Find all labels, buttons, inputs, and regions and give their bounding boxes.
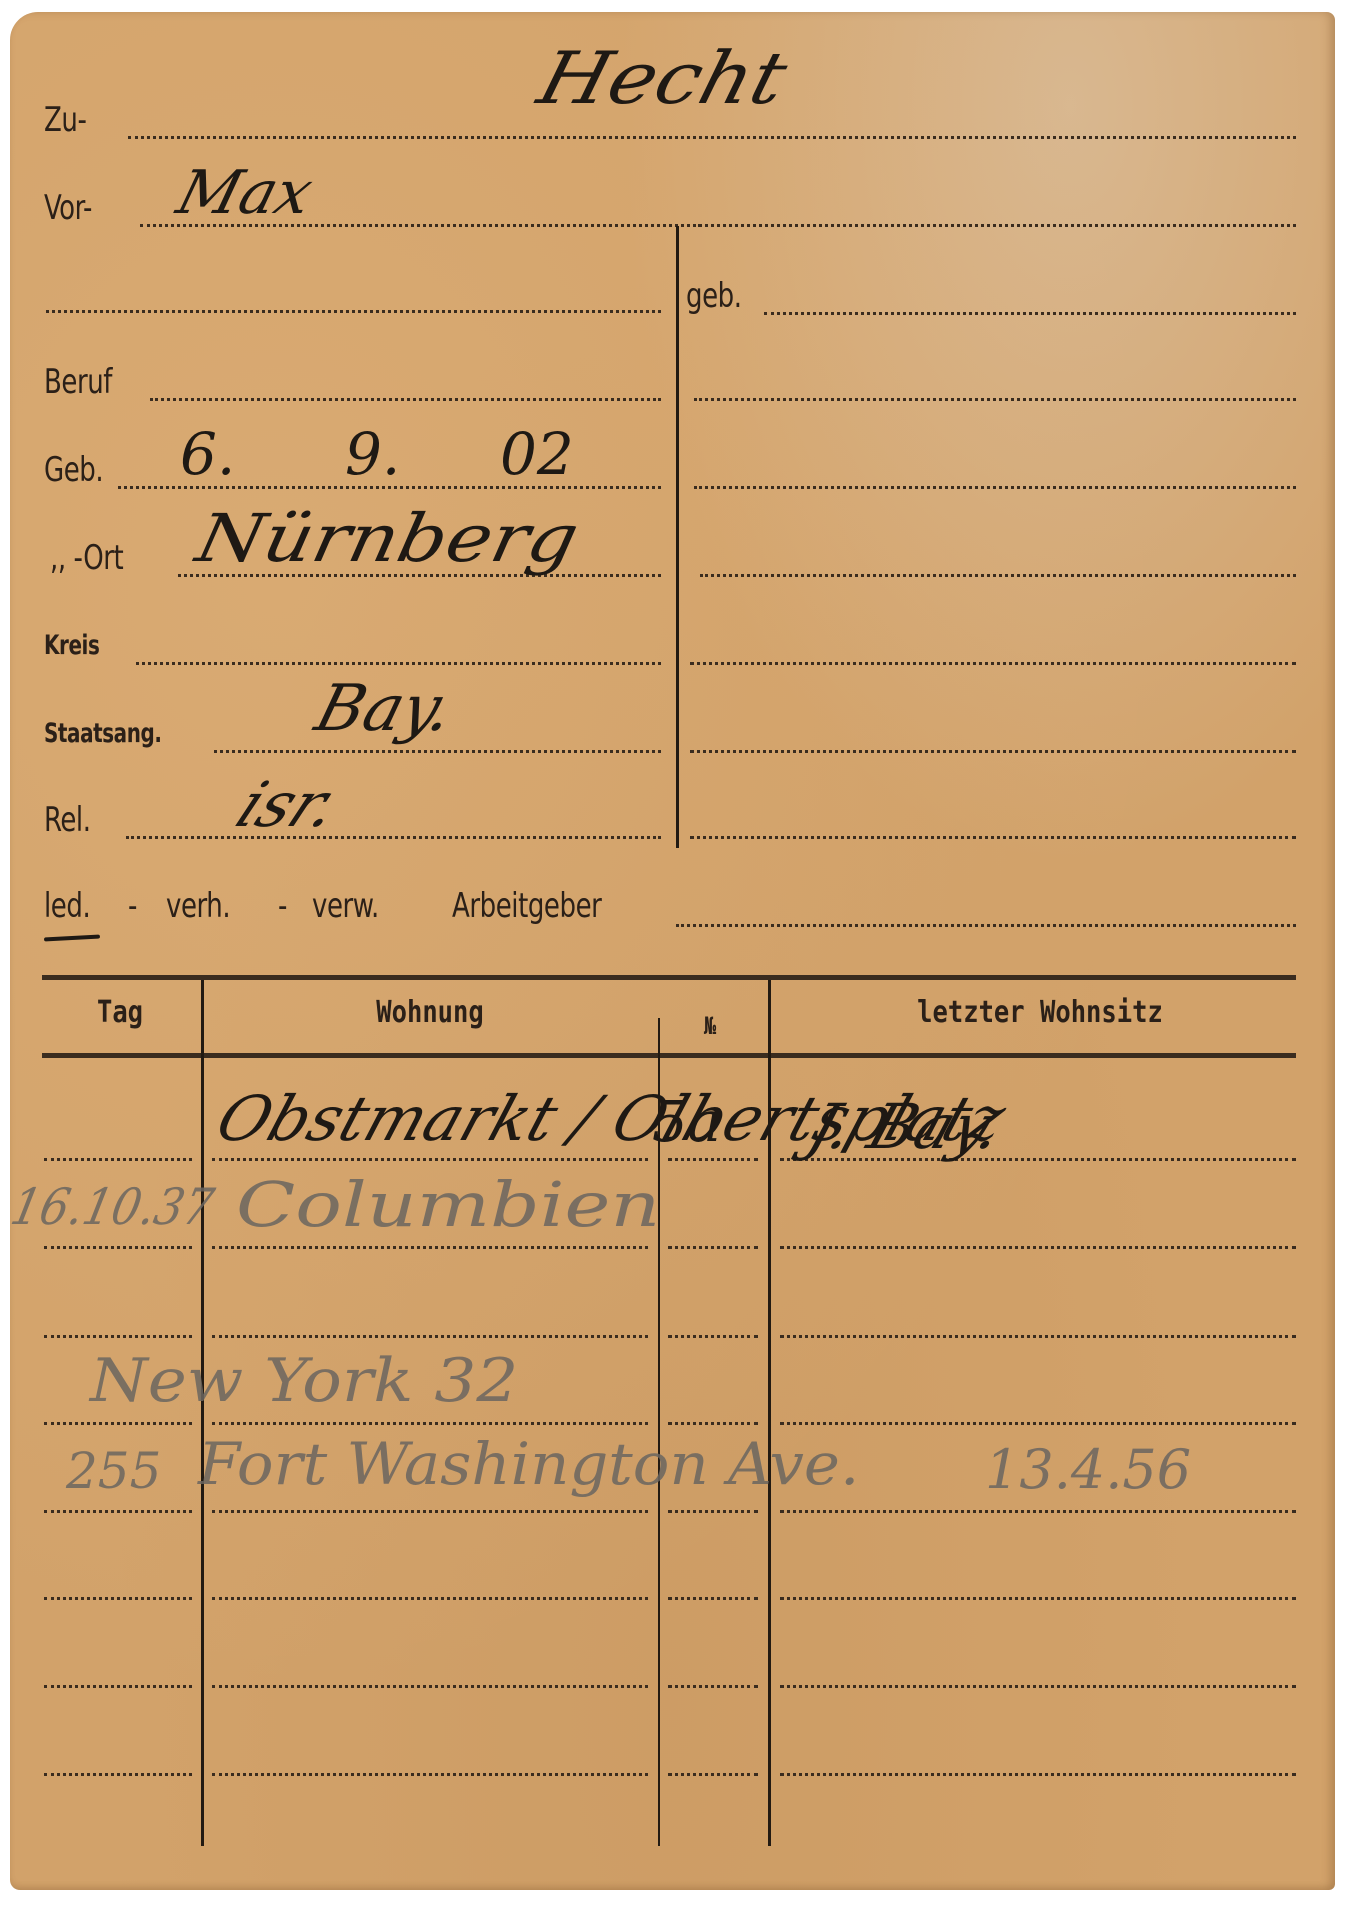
label-employer: Arbeitgeber (452, 886, 601, 926)
label-occupation: Beruf (44, 362, 112, 402)
occupation-line (150, 398, 661, 401)
marital-widowed-label: verw. (312, 886, 379, 926)
label-given-name: Vor- (44, 188, 92, 228)
blank-line (46, 310, 661, 313)
right-line-8 (690, 836, 1296, 839)
row1-number: 5a (652, 1090, 721, 1155)
separator-1: - (128, 886, 137, 926)
label-born-right: geb. (686, 276, 742, 316)
right-line-1 (698, 224, 1296, 227)
table-top-rule (42, 975, 1296, 980)
row5-previous: 13.4.56 (985, 1438, 1191, 1501)
birth-month-value: 9. (345, 420, 400, 488)
registration-card (10, 12, 1335, 1890)
label-birthplace: ,, -Ort (50, 538, 123, 578)
separator-2: - (278, 886, 287, 926)
marital-single-label: led. (44, 886, 90, 926)
row5-residence: Fort Washington Ave. (198, 1430, 859, 1498)
citizenship-line (214, 750, 661, 753)
header-day: Tag (69, 995, 171, 1030)
right-line-5 (700, 574, 1296, 577)
header-number: № (676, 1012, 744, 1040)
right-line-4 (694, 486, 1296, 489)
right-line-6 (690, 662, 1296, 665)
citizenship-value: Bay. (308, 672, 461, 746)
label-district: Kreis (44, 630, 99, 661)
birthplace-value: Nürnberg (190, 500, 585, 577)
form-column-divider (676, 226, 679, 848)
employer-line (676, 924, 1296, 927)
marital-married-label: verh. (166, 886, 230, 926)
header-previous-residence: letzter Wohnsitz (828, 995, 1253, 1030)
row1-previous: J. Bay. (800, 1090, 1012, 1163)
born-right-line (764, 312, 1296, 315)
row4-residence: New York 32 (90, 1346, 518, 1416)
label-religion: Rel. (44, 800, 91, 840)
right-line-7 (690, 750, 1296, 753)
religion-line (126, 836, 661, 839)
birth-day-value: 6. (180, 420, 235, 488)
birth-year-value: 02 (500, 420, 574, 488)
label-born: Geb. (44, 450, 103, 490)
right-line-3 (694, 398, 1296, 401)
row5-day: 255 (66, 1442, 161, 1500)
surname-value: Hecht (530, 36, 796, 120)
label-surname: Zu- (44, 100, 86, 140)
district-line (136, 662, 661, 665)
label-citizenship: Staatsang. (44, 718, 161, 749)
table-header-rule (42, 1053, 1296, 1058)
row2-residence: Columbien (236, 1168, 660, 1241)
row2-day: 16.10.37 (6, 1178, 219, 1236)
given-name-value: Max (170, 158, 320, 228)
surname-line (128, 136, 1296, 139)
header-residence: Wohnung (294, 995, 566, 1030)
